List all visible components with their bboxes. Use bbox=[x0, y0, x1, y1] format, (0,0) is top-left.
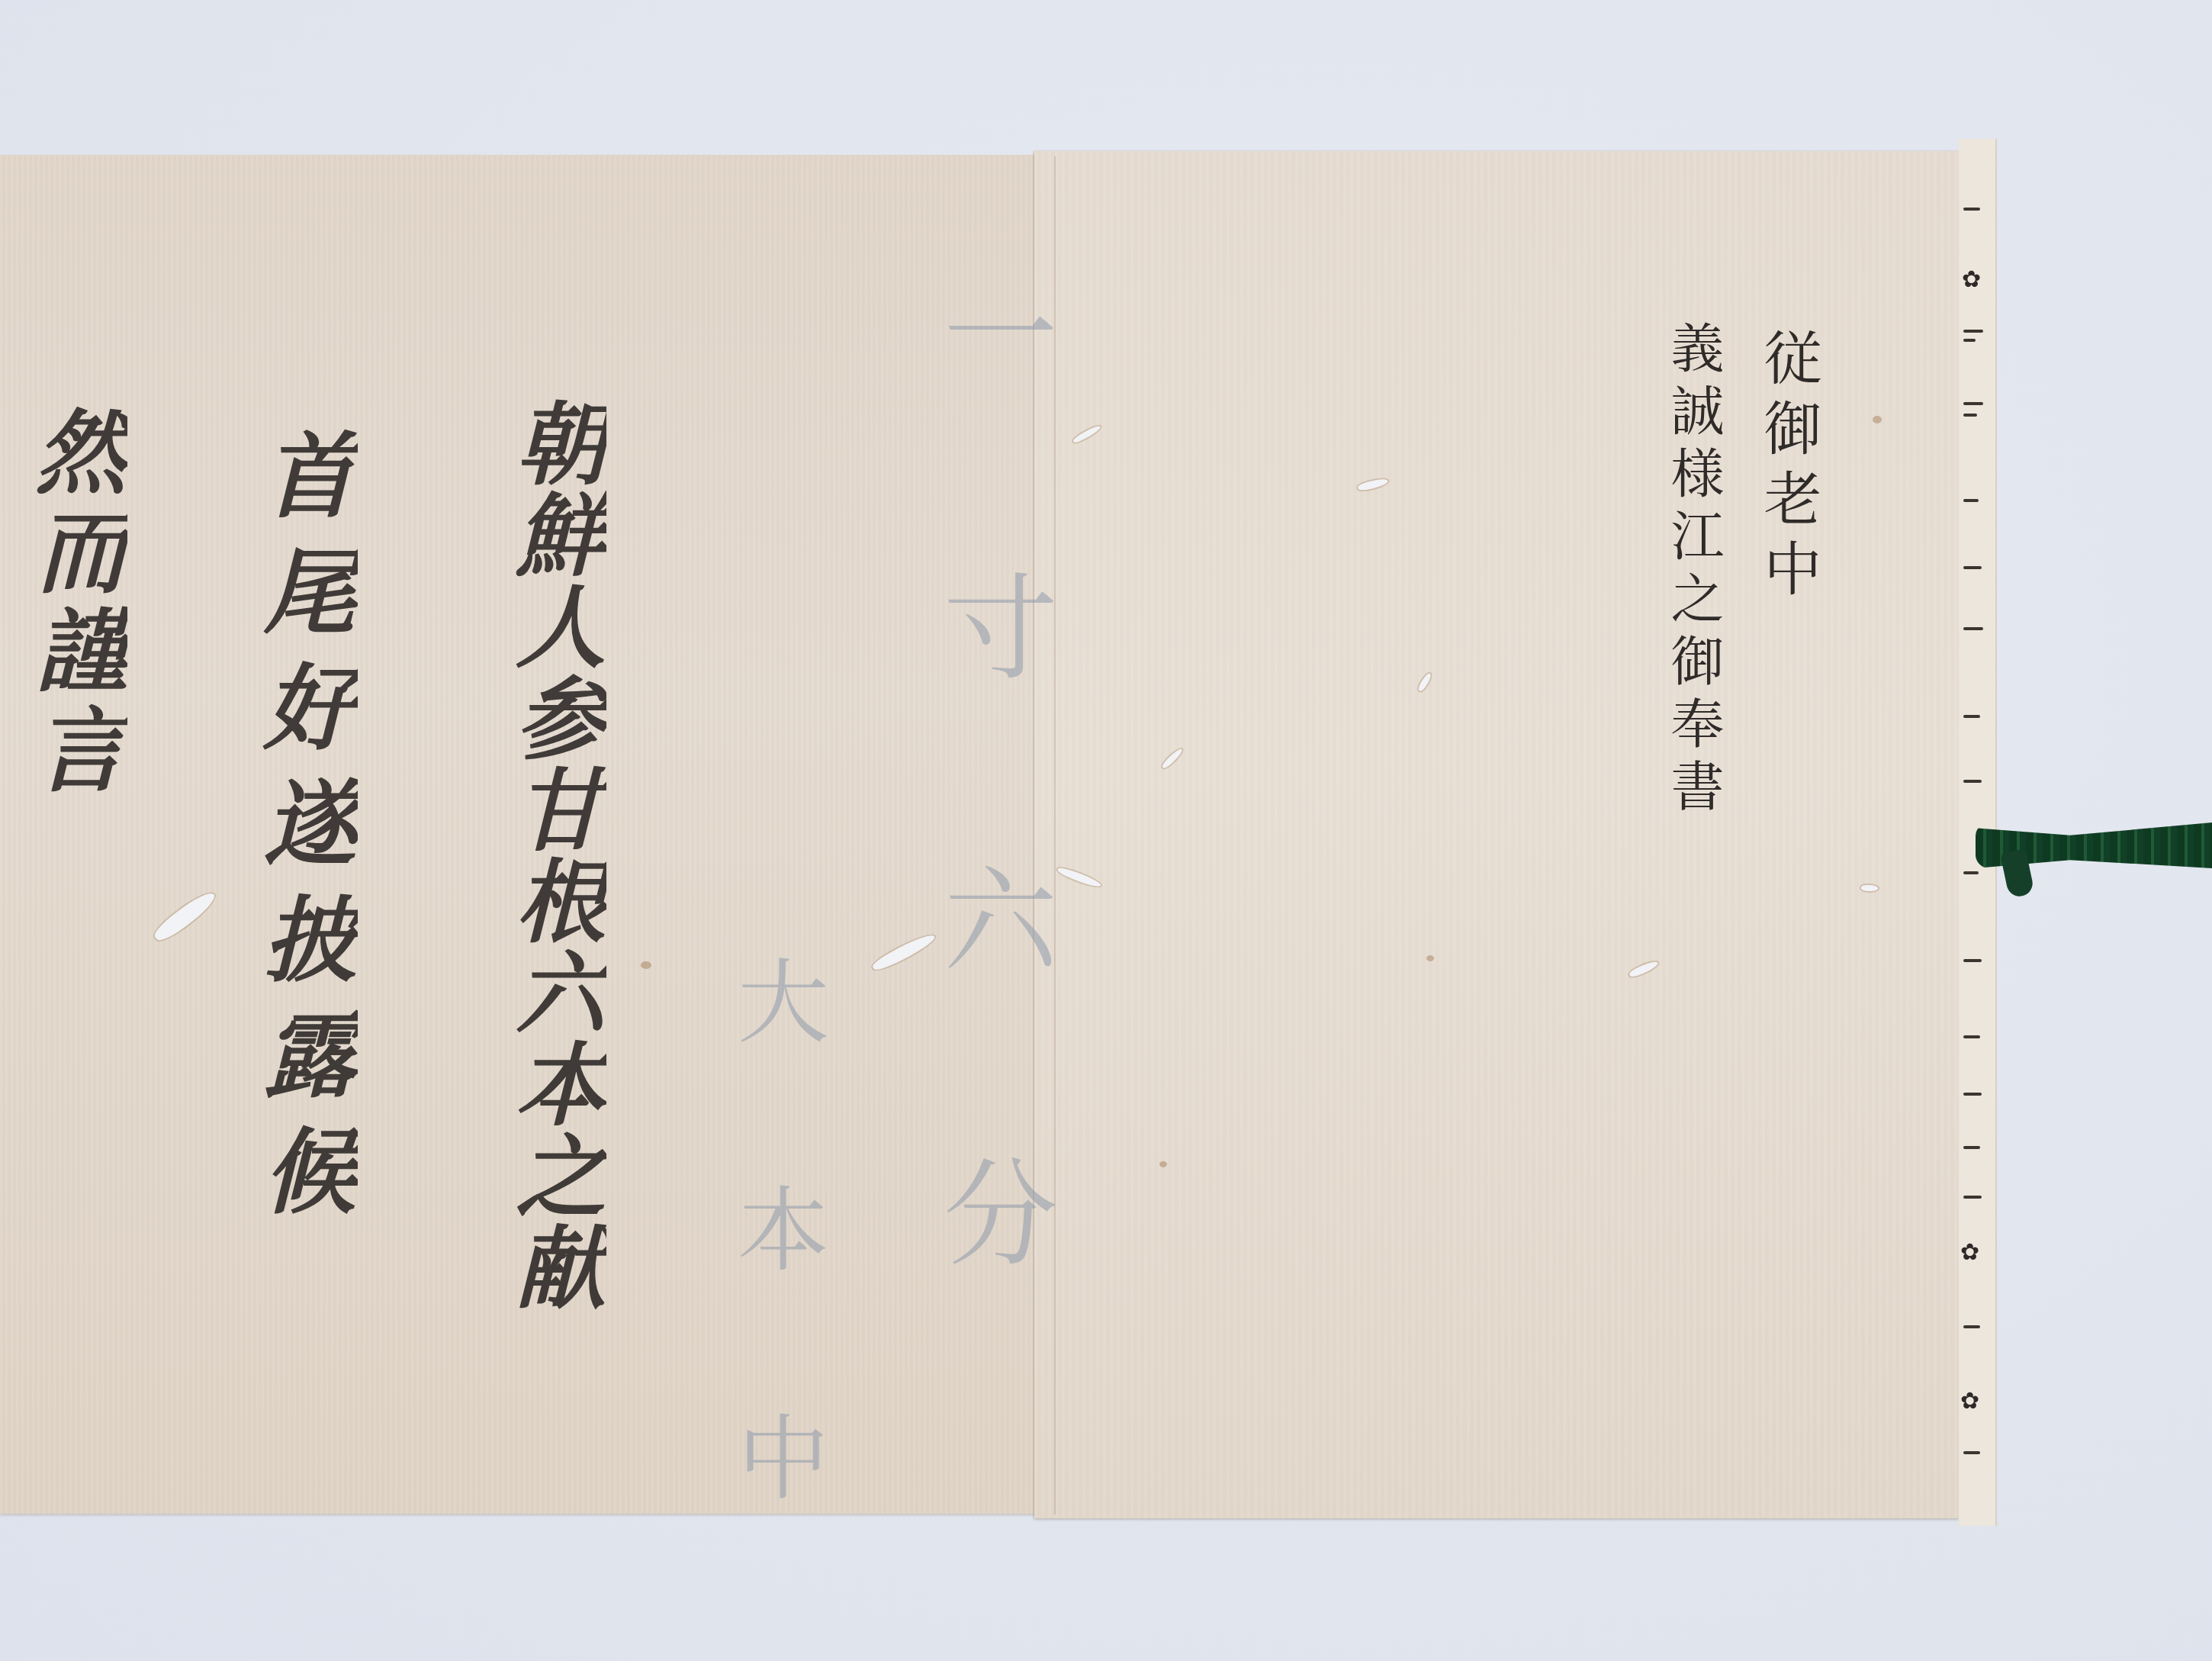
flower-motif-icon: ✿ bbox=[1960, 1390, 1979, 1413]
title-column-from-roju: 従御老中 bbox=[1747, 328, 1830, 609]
letter-column-3: 然而謹言 bbox=[8, 404, 139, 801]
stain bbox=[1426, 955, 1434, 961]
letter-column-2: 首尾好遂披露候 bbox=[236, 427, 370, 1239]
flower-motif-icon: ✿ bbox=[1960, 1241, 1979, 1264]
letter-column-1: 朝鮮人参甘根六本之献 bbox=[488, 397, 618, 1312]
stain bbox=[1159, 1161, 1167, 1167]
stain bbox=[641, 961, 651, 969]
title-column-to-yoshinobu: 義誠様江之御奉書 bbox=[1655, 320, 1732, 821]
stain bbox=[1873, 416, 1882, 423]
faint-column-2: 大 本 中 bbox=[709, 954, 841, 1517]
faint-column-1: 一 寸 六 分 bbox=[908, 275, 1072, 1291]
worm-hole bbox=[1861, 885, 1878, 891]
flower-motif-icon: ✿ bbox=[1962, 269, 1981, 291]
